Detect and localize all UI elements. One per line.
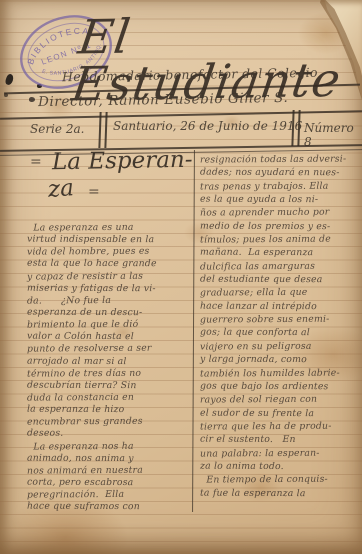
article-left-column: La esperanza es unavirtud indispensable … — [27, 222, 191, 513]
manuscript-line: viajero en su peligrosa — [200, 339, 360, 353]
column-tick — [98, 112, 101, 148]
column-divider — [192, 150, 195, 512]
title-decoration: = — [88, 184, 99, 200]
manuscript-line: hace lanzar al intrépido — [200, 299, 360, 313]
manuscript-line: ños a aprender mucho por — [200, 206, 360, 220]
manuscript-line: La esperanza es una — [27, 221, 191, 234]
manuscript-line: rayos del sol riegan con — [200, 393, 360, 407]
manuscript-line: también los humildes labrie- — [200, 366, 360, 380]
manuscript-line: La esperanza nos ha — [27, 440, 191, 453]
article-right-column: resignación todas las adversi-dades; nos… — [200, 153, 360, 500]
manuscript-line: esta la que lo hace grande — [27, 258, 191, 271]
manuscript-line: ta fue la esperanza la — [200, 486, 360, 500]
title-decoration: = — [30, 154, 41, 170]
serie-label: Serie 2a. — [30, 122, 84, 136]
manuscript-line: da. ¿No fue la — [27, 294, 191, 307]
manuscript-line: gos que bajo los ardientes — [200, 379, 360, 393]
manuscript-line: nos animará en nuestra — [27, 464, 191, 477]
manuscript-line: tras penas y trabajos. Ella — [200, 179, 360, 193]
manuscript-line: resignación todas las adversi- — [200, 152, 360, 166]
issue-row-rule-top — [0, 110, 362, 119]
manuscript-line: duda la constancia en — [27, 391, 191, 404]
manuscript-line: za lo anima todo. — [200, 460, 360, 474]
manuscript-line: y larga jornada, como — [200, 353, 360, 367]
manuscript-line: punto de resolverse a ser — [27, 343, 191, 356]
manuscript-line: dades; nos ayudará en nues- — [200, 166, 360, 180]
manuscript-line: cir el sustento. En — [200, 433, 360, 447]
manuscript-line: tierra que les ha de produ- — [200, 419, 360, 433]
manuscript-page: BIBLIOTECA LEON Nº 1 E. SANTUARIO, ANTIO… — [0, 0, 362, 554]
manuscript-line: el sudor de su frente la — [200, 406, 360, 420]
manuscript-line: mañana. La esperanza — [200, 246, 360, 260]
manuscript-line: descubrían tierra? Sin — [27, 379, 191, 392]
manuscript-line: una palabra: la esperan- — [200, 446, 360, 460]
manuscript-line: gos; la que conforta al — [200, 326, 360, 340]
article-title-line1: La Esperan- — [52, 147, 193, 175]
manuscript-line: deseos. — [27, 428, 191, 441]
article-title-line2: za — [47, 175, 75, 203]
manuscript-line: arrojado al mar si al — [27, 355, 191, 368]
manuscript-line: esperanza de un descu- — [27, 307, 191, 320]
manuscript-line: En tiempo de la conquis- — [200, 473, 360, 487]
manuscript-line: corta, pero escabrosa — [27, 477, 191, 490]
manuscript-line: miserias y fatigas de la vi- — [27, 282, 191, 295]
column-tick — [104, 112, 107, 148]
manuscript-line: hace que suframos con — [27, 501, 191, 514]
manuscript-line: graduarse; ella la que — [200, 286, 360, 300]
dateline: Santuario, 26 de Junio de 1916 — [113, 119, 302, 133]
manuscript-line: animado, nos anima y — [27, 452, 191, 465]
manuscript-line: dulcifica las amarguras — [200, 259, 360, 273]
manuscript-line: medio de los premios y es- — [200, 219, 360, 233]
manuscript-line: y capaz de resistir a las — [27, 270, 191, 283]
manuscript-line: término de tres días no — [27, 367, 191, 380]
